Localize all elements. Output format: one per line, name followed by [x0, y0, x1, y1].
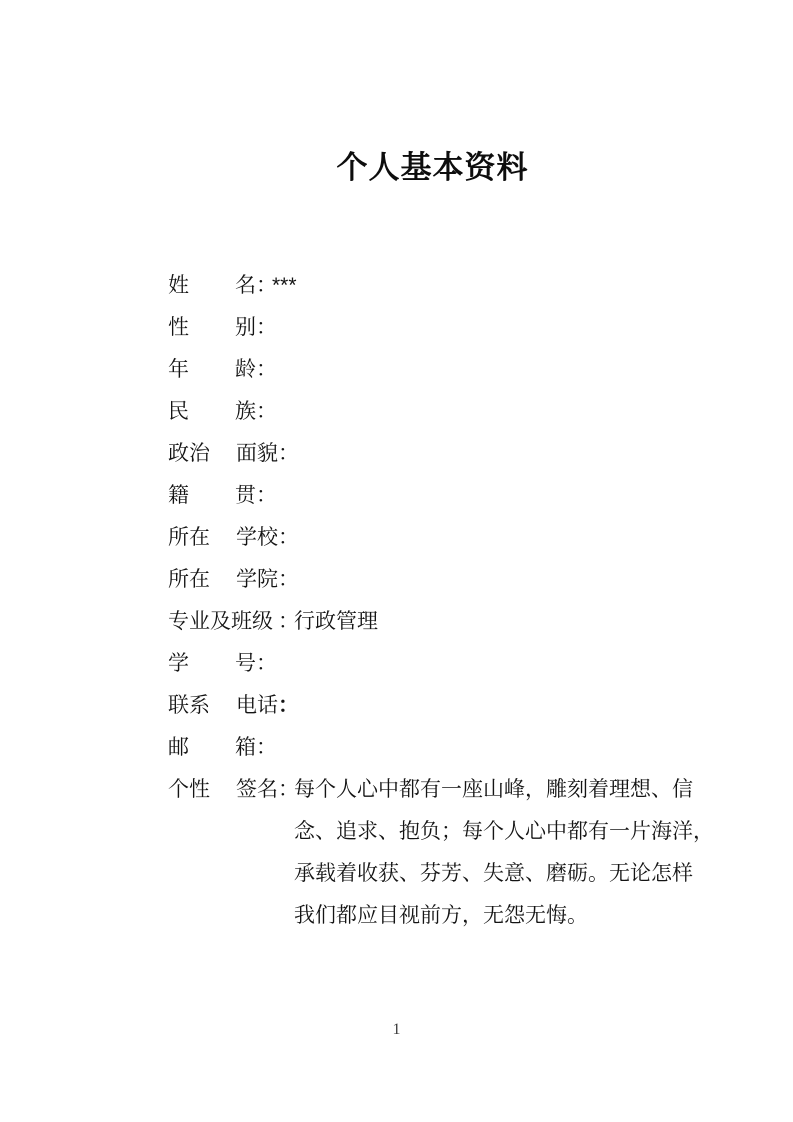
field-colon-separator: ：	[278, 601, 294, 643]
field-label-part: 所在	[168, 517, 210, 559]
field-label-part: 面貌	[236, 433, 278, 475]
field-label: 个性签名	[168, 769, 278, 811]
field-label-part: 学	[168, 643, 189, 685]
field-colon-separator: ：	[256, 391, 272, 433]
field-label-part: 邮	[168, 727, 189, 769]
field-label-part: 民	[168, 391, 189, 433]
field-row: 政治面貌 ：	[168, 433, 697, 475]
field-label-part: 电话	[236, 685, 278, 727]
field-label-part: 名	[235, 265, 256, 307]
field-row: 民族 ：	[168, 391, 697, 433]
document-page: 个人基本资料 姓名 ： *** 性别 ： 年龄 ： 民族 ： 政治面貌 ： 籍贯…	[0, 0, 793, 1122]
field-label-part: 政治	[168, 433, 210, 475]
field-row: 姓名 ： ***	[168, 265, 697, 307]
field-row: 邮箱 ：	[168, 727, 697, 769]
field-label-part: 籍	[168, 475, 189, 517]
field-label: 政治面貌	[168, 433, 278, 475]
field-value: ***	[272, 265, 297, 307]
field-label-part: 专业及班级	[168, 601, 273, 643]
field-label-part: 个性	[168, 769, 210, 811]
field-colon-separator: ：	[256, 475, 272, 517]
field-value-line: 承载着收获、芬芳、失意、磨砺。无论怎样	[294, 853, 714, 895]
field-row: 年龄 ：	[168, 349, 697, 391]
field-label: 民族	[168, 391, 256, 433]
document-content: 个人基本资料 姓名 ： *** 性别 ： 年龄 ： 民族 ： 政治面貌 ： 籍贯…	[168, 148, 697, 937]
field-colon-separator: ：	[278, 559, 294, 601]
field-row: 所在学院 ：	[168, 559, 697, 601]
field-label-part: 箱	[235, 727, 256, 769]
field-row: 学号 ：	[168, 643, 697, 685]
field-label-part: 学院	[236, 559, 278, 601]
fields-list: 姓名 ： *** 性别 ： 年龄 ： 民族 ： 政治面貌 ： 籍贯 ： 所在学校…	[168, 265, 697, 937]
field-label: 性别	[168, 307, 256, 349]
field-label: 姓名	[168, 265, 256, 307]
field-label: 籍贯	[168, 475, 256, 517]
field-value-line: 每个人心中都有一座山峰，雕刻着理想、信	[294, 769, 714, 811]
field-colon-separator: ：	[256, 265, 272, 307]
field-label-part: 学校	[236, 517, 278, 559]
field-label: 联系电话	[168, 685, 278, 727]
field-row: 性别 ：	[168, 307, 697, 349]
page-title: 个人基本资料	[168, 148, 697, 188]
field-colon-separator: ：	[256, 349, 272, 391]
field-label: 学号	[168, 643, 256, 685]
field-colon-separator: ：	[256, 727, 272, 769]
field-label-part: 签名	[236, 769, 278, 811]
field-colon-separator: ：	[278, 769, 294, 811]
field-label: 专业及班级	[168, 601, 278, 643]
field-colon-separator: ：	[278, 517, 294, 559]
field-label-part: 贯	[235, 475, 256, 517]
field-label-part: 年	[168, 349, 189, 391]
field-value-line: 念、追求、抱负；每个人心中都有一片海洋，	[294, 811, 714, 853]
field-label-part: 号	[235, 643, 256, 685]
field-value: 行政管理	[294, 601, 378, 643]
field-label: 年龄	[168, 349, 256, 391]
field-row: 专业及班级 ： 行政管理	[168, 601, 697, 643]
field-label: 所在学校	[168, 517, 278, 559]
field-colon-separator: ：	[256, 643, 272, 685]
field-row: 个性签名 ： 每个人心中都有一座山峰，雕刻着理想、信念、追求、抱负；每个人心中都…	[168, 769, 697, 937]
field-row: 籍贯 ：	[168, 475, 697, 517]
field-label-part: 性	[168, 307, 189, 349]
field-value-line: 我们都应目视前方，无怨无悔。	[294, 895, 714, 937]
field-row: 联系电话 ：	[168, 685, 697, 727]
field-label-part: 别	[235, 307, 256, 349]
field-label-part: 族	[235, 391, 256, 433]
field-colon-separator: ：	[278, 685, 294, 727]
field-colon-separator: ：	[256, 307, 272, 349]
field-label: 所在学院	[168, 559, 278, 601]
field-colon-separator: ：	[278, 433, 294, 475]
field-label-part: 龄	[235, 349, 256, 391]
field-label: 邮箱	[168, 727, 256, 769]
page-number: 1	[0, 1020, 793, 1040]
field-value: 每个人心中都有一座山峰，雕刻着理想、信念、追求、抱负；每个人心中都有一片海洋，承…	[294, 769, 714, 937]
field-label-part: 所在	[168, 559, 210, 601]
field-label-part: 姓	[168, 265, 189, 307]
field-label-part: 联系	[168, 685, 210, 727]
field-row: 所在学校 ：	[168, 517, 697, 559]
